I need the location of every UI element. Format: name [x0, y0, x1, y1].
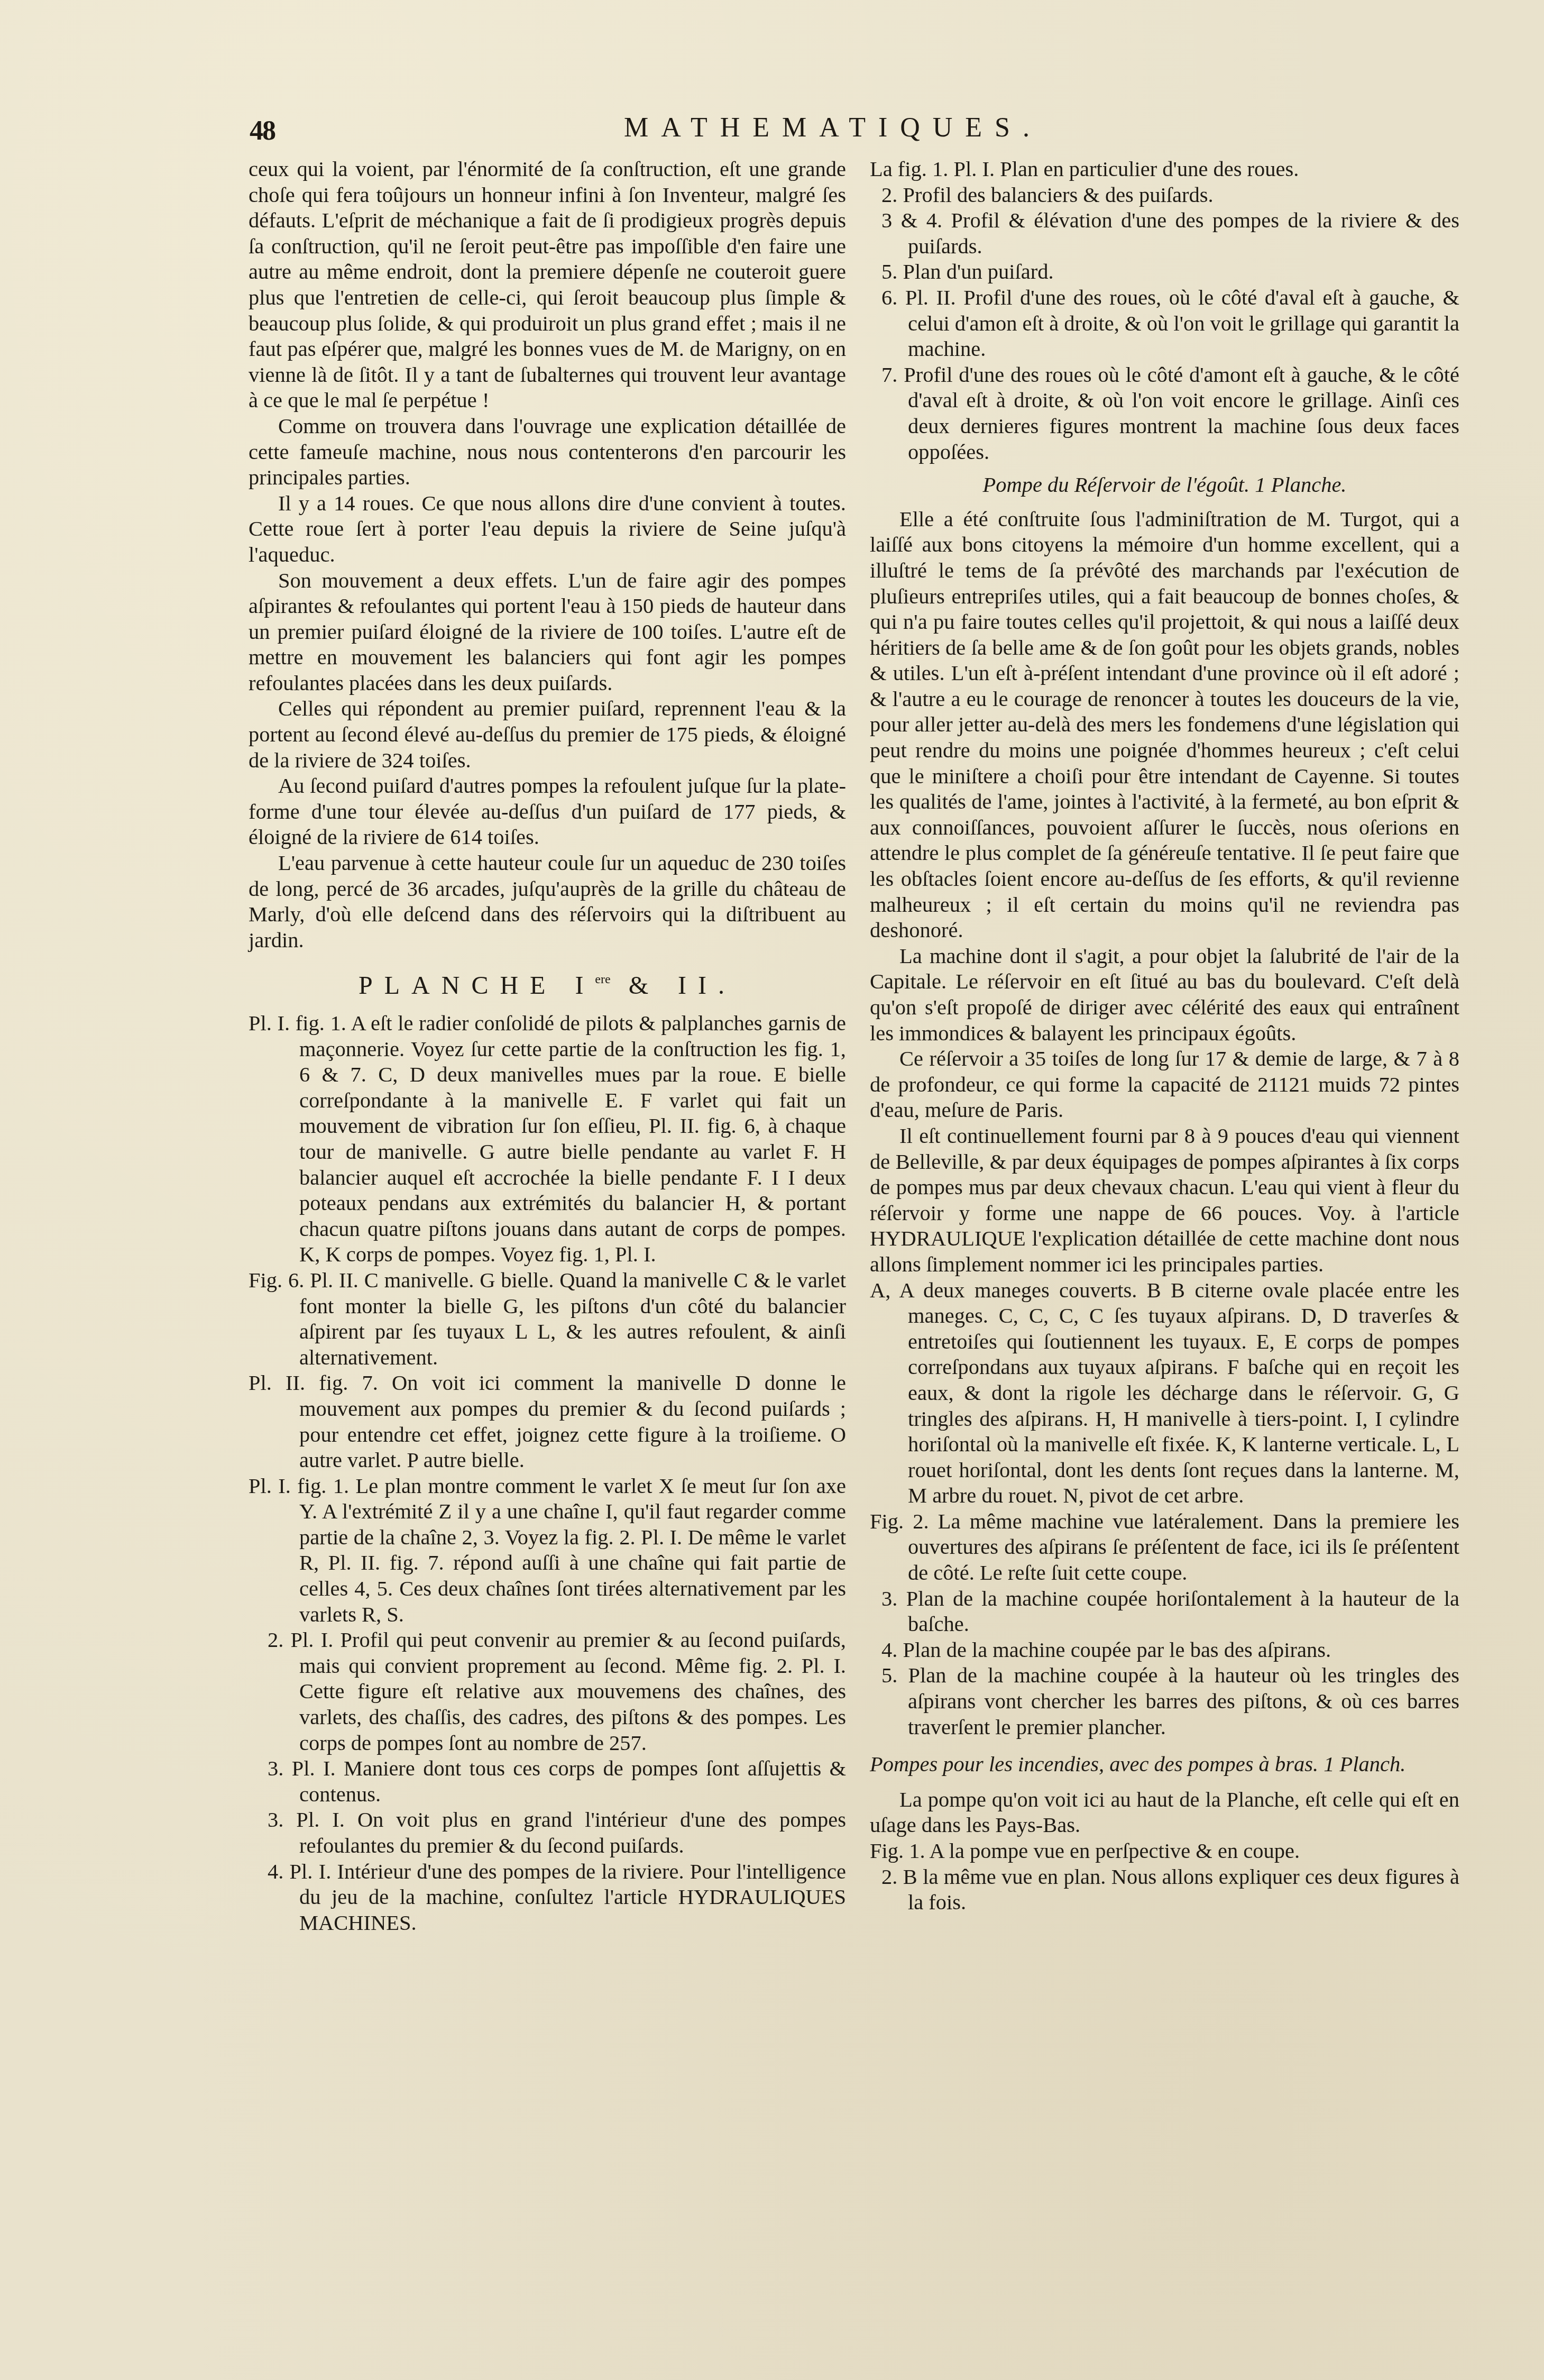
paragraph: Celles qui répondent au premier puiſard,… — [249, 696, 846, 773]
figure-entry: 2. B la même vue en plan. Nous allons ex… — [870, 1864, 1459, 1916]
paragraph: Au ſecond puiſard d'autres pompes la ref… — [249, 773, 846, 850]
running-title: MATHEMATIQUES. — [624, 112, 1042, 143]
entry-label: 5. — [881, 1663, 897, 1687]
plate-entry: Pl. I. fig. 1. Le plan montre comment le… — [249, 1473, 846, 1628]
entry-text: Profil d'une des roues, où le côté d'ava… — [908, 286, 1459, 361]
entry-label: 2. — [881, 183, 897, 207]
figure-entry: 3 & 4. Profil & élévation d'une des pomp… — [870, 208, 1459, 259]
entry-text: Plan d'un puiſard. — [903, 260, 1054, 283]
entry-label: 2. — [881, 1865, 897, 1889]
entry-label: La fig. 1. Pl. I. — [870, 157, 995, 181]
entry-label: 6. Pl. II. — [881, 286, 956, 309]
heading-superscript: ere — [595, 973, 610, 986]
left-column: ceux qui la voient, par l'énormité de ſa… — [249, 157, 846, 1936]
entry-text: Plan de la machine coupée à la hauteur o… — [908, 1663, 1459, 1738]
entry-text: A eſt le radier conſolidé de pilots & pa… — [299, 1011, 846, 1266]
paragraph: Elle a été conſtruite ſous l'adminiſtrat… — [870, 507, 1459, 944]
entry-label: Fig. 6. Pl. II. — [249, 1268, 359, 1292]
legend-entry: 5. Plan de la machine coupée à la hauteu… — [870, 1663, 1459, 1740]
heading-word: PLANCHE — [359, 972, 557, 1000]
entry-label: 3. — [881, 1587, 897, 1610]
paragraph: L'eau parvenue à cette hauteur coule ſur… — [249, 850, 846, 953]
entry-label: 4. Pl. I. — [268, 1860, 331, 1883]
right-column: La fig. 1. Pl. I. Plan en particulier d'… — [870, 157, 1459, 1916]
figure-entry: La fig. 1. Pl. I. Plan en particulier d'… — [870, 157, 1459, 182]
plate-entry: 2. Pl. I. Profil qui peut convenir au pr… — [249, 1627, 846, 1756]
legend-entry: A, A deux maneges couverts. B B citerne … — [870, 1278, 1459, 1509]
entry-text: Profil & élévation d'une des pompes de l… — [908, 208, 1459, 258]
figure-entry: Fig. 1. A la pompe vue en perſpective & … — [870, 1838, 1459, 1864]
entry-label: Pl. I. fig. 1. — [249, 1011, 346, 1035]
legend-entry: 4. Plan de la machine coupée par le bas … — [870, 1637, 1459, 1663]
section-heading-reservoir: Pompe du Réſervoir de l'égoût. 1 Planche… — [870, 472, 1459, 498]
paragraph: La pompe qu'on voit ici au haut de la Pl… — [870, 1787, 1459, 1838]
figure-entry: 6. Pl. II. Profil d'une des roues, où le… — [870, 285, 1459, 362]
entry-text: C manivelle. G bielle. Quand la manivell… — [299, 1268, 846, 1369]
paragraph: Il eſt continuellement fourni par 8 à 9 … — [870, 1123, 1459, 1278]
entry-text: La même machine vue latéralement. Dans l… — [908, 1509, 1459, 1585]
entry-text: Profil d'une des roues où le côté d'amon… — [904, 363, 1459, 464]
section-heading-planche: PLANCHE Iere & II. — [249, 967, 846, 999]
plate-entry: 3. Pl. I. On voit plus en grand l'intéri… — [249, 1807, 846, 1859]
entry-text: Le plan montre comment le varlet X ſe me… — [299, 1474, 846, 1626]
section-heading-incendies: Pompes pour les incendies, avec des pomp… — [870, 1752, 1459, 1778]
entry-label: Fig. 2. — [870, 1509, 929, 1533]
entry-text: Plan de la machine coupée par le bas des… — [903, 1638, 1331, 1662]
entry-text: deux maneges couverts. B B citerne ovale… — [908, 1278, 1459, 1508]
entry-label: 3. Pl. I. — [268, 1808, 345, 1832]
entry-label: Pl. I. fig. 1. — [249, 1474, 349, 1498]
page-number: 48 — [250, 115, 275, 147]
entry-label: 5. — [881, 260, 897, 283]
plate-entry: 4. Pl. I. Intérieur d'une des pompes de … — [249, 1859, 846, 1936]
entry-label: Fig. 1. — [870, 1839, 925, 1863]
paragraph: Il y a 14 roues. Ce que nous allons dire… — [249, 491, 846, 568]
legend-entry: 3. Plan de la machine coupée horiſontale… — [870, 1586, 1459, 1637]
entry-text: Intérieur d'une des pompes de la riviere… — [299, 1860, 846, 1935]
entry-text: Plan en particulier d'une des roues. — [1000, 157, 1299, 181]
entry-label: 2. Pl. I. — [268, 1628, 333, 1652]
entry-label: 3. Pl. I. — [268, 1756, 336, 1780]
entry-text: A la pompe vue en perſpective & en coupe… — [930, 1839, 1300, 1863]
entry-label: 3 & 4. — [881, 208, 942, 232]
entry-label: Pl. II. fig. 7. — [249, 1371, 378, 1395]
entry-text: Profil des balanciers & des puiſards. — [903, 183, 1214, 207]
plate-entry: Pl. I. fig. 1. A eſt le radier conſolidé… — [249, 1011, 846, 1268]
entry-label: A, A — [870, 1278, 914, 1302]
plate-entry: Pl. II. fig. 7. On voit ici comment la m… — [249, 1370, 846, 1473]
entry-text: Profil qui peut convenir au premier & au… — [299, 1628, 846, 1754]
entry-text: On voit ici comment la manivelle D donne… — [299, 1371, 846, 1472]
entry-text: Maniere dont tous ces corps de pompes ſo… — [299, 1756, 846, 1806]
plate-entry: 3. Pl. I. Maniere dont tous ces corps de… — [249, 1756, 846, 1807]
entry-text: B la même vue en plan. Nous allons expli… — [903, 1865, 1459, 1915]
legend-entry: Fig. 2. La même machine vue latéralement… — [870, 1509, 1459, 1586]
heading-numeral: I — [575, 972, 595, 1000]
figure-entry: 5. Plan d'un puiſard. — [870, 259, 1459, 285]
heading-suffix: & II. — [629, 972, 736, 1000]
plate-entry: Fig. 6. Pl. II. C manivelle. G bielle. Q… — [249, 1268, 846, 1370]
figure-entry: 2. Profil des balanciers & des puiſards. — [870, 182, 1459, 208]
paragraph: Son mouvement a deux effets. L'un de fai… — [249, 568, 846, 697]
entry-text: On voit plus en grand l'intérieur d'une … — [299, 1808, 846, 1857]
entry-label: 7. — [881, 363, 897, 387]
paragraph: La machine dont il s'agit, a pour objet … — [870, 944, 1459, 1046]
entry-text: Plan de la machine coupée horiſontalemen… — [906, 1587, 1459, 1636]
paragraph: Comme on trouvera dans l'ouvrage une exp… — [249, 414, 846, 491]
paragraph: ceux qui la voient, par l'énormité de ſa… — [249, 157, 846, 414]
figure-entry: 7. Profil d'une des roues où le côté d'a… — [870, 362, 1459, 465]
paragraph: Ce réſervoir a 35 toiſes de long ſur 17 … — [870, 1046, 1459, 1123]
entry-label: 4. — [881, 1638, 897, 1662]
